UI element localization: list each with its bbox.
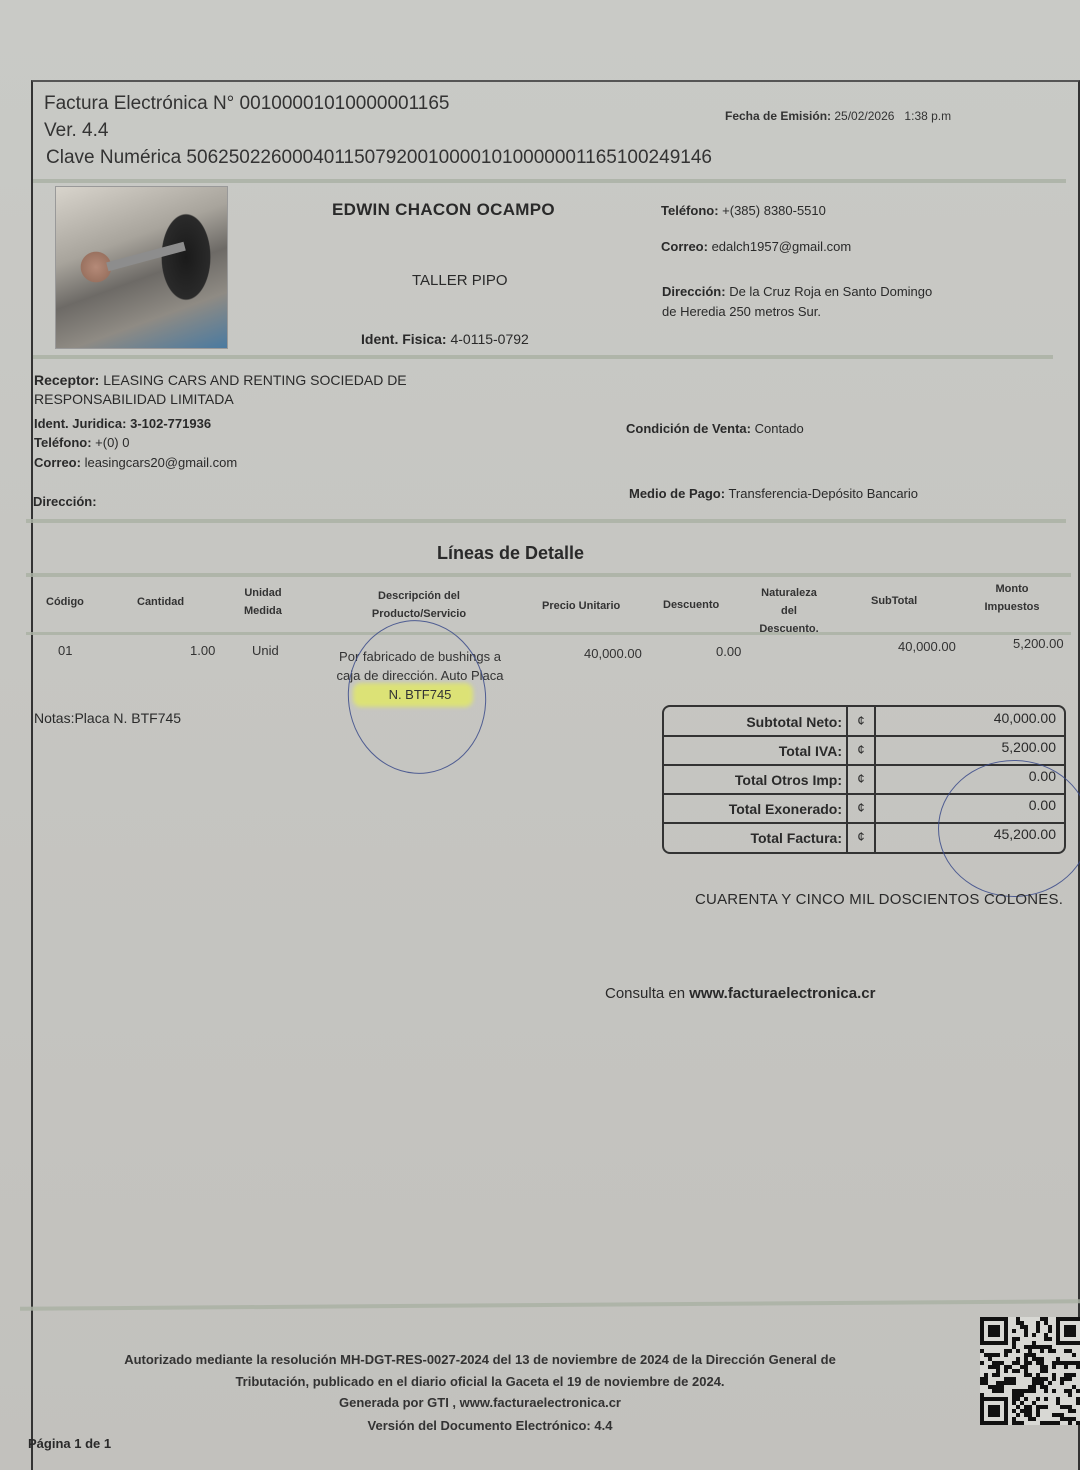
receptor-phone-value: +(0) 0: [95, 435, 129, 450]
condicion-value: Contado: [755, 421, 804, 436]
invoice-title: Factura Electrónica N° 00100001010000001…: [44, 93, 450, 115]
footer-legal-line1: Autorizado mediante la resolución MH-DGT…: [40, 1352, 920, 1367]
receptor-label: Receptor:: [34, 372, 99, 388]
emisor-ident: Ident. Fisica: 4-0115-0792: [361, 331, 529, 347]
col-naturaleza: Naturaleza del Descuento.: [757, 584, 821, 638]
fecha-emision: Fecha de Emisión: 25/02/2026 1:38 p.m: [725, 109, 951, 123]
total-label: Subtotal Neto:: [664, 714, 842, 730]
receptor-email-label: Correo:: [34, 455, 81, 470]
col-descripcion-l2: Producto/Servicio: [372, 608, 466, 620]
emisor-business: TALLER PIPO: [412, 272, 508, 289]
col-precio: Precio Unitario: [542, 597, 620, 615]
col-unidad-l1: Unidad: [244, 587, 281, 599]
separator: [33, 355, 1053, 359]
receptor-phone: Teléfono: +(0) 0: [34, 435, 129, 450]
emisor-email-label: Correo:: [661, 239, 708, 254]
condicion-venta: Condición de Venta: Contado: [626, 421, 804, 436]
invoice-paper: Factura Electrónica N° 00100001010000001…: [0, 0, 1080, 1470]
page-number: Página 1 de 1: [28, 1436, 111, 1451]
medio-value: Transferencia-Depósito Bancario: [728, 486, 918, 501]
col-codigo: Código: [46, 593, 84, 611]
receptor-ident-label: Ident. Juridica:: [34, 416, 126, 431]
footer-generated-by: Generada por GTI , www.facturaelectronic…: [40, 1395, 920, 1410]
emisor-phone-value: +(385) 8380-5510: [722, 203, 826, 218]
emisor-address-line1: De la Cruz Roja en Santo Domingo: [729, 284, 932, 299]
cell-codigo: 01: [58, 643, 72, 658]
colon-currency-icon: ¢: [846, 823, 876, 854]
emisor-ident-label: Ident. Fisica:: [361, 331, 447, 347]
col-naturaleza-l2: del: [781, 605, 797, 617]
receptor-name-line2: RESPONSABILIDAD LIMITADA: [34, 391, 234, 407]
receptor-email: Correo: leasingcars20@gmail.com: [34, 455, 237, 470]
cell-descuento: 0.00: [716, 644, 741, 659]
fecha-label: Fecha de Emisión:: [725, 109, 831, 123]
notas: Notas:Placa N. BTF745: [34, 710, 181, 726]
medio-pago: Medio de Pago: Transferencia-Depósito Ba…: [629, 486, 918, 501]
footer-version: Versión del Documento Electrónico: 4.4: [40, 1418, 940, 1433]
total-label: Total Otros Imp:: [664, 772, 842, 788]
col-cantidad: Cantidad: [137, 593, 184, 611]
emisor-address-label: Dirección:: [662, 284, 726, 299]
total-value: 40,000.00: [994, 710, 1056, 726]
cell-cantidad: 1.00: [190, 643, 215, 658]
col-monto-impuestos: Monto Impuestos: [982, 580, 1042, 616]
emisor-ident-value: 4-0115-0792: [450, 331, 528, 347]
total-label: Total IVA:: [664, 743, 842, 759]
receptor-phone-label: Teléfono:: [34, 435, 92, 450]
detail-title: Líneas de Detalle: [437, 543, 584, 564]
consulta-link[interactable]: www.facturaelectronica.cr: [689, 985, 875, 1002]
emisor-name: EDWIN CHACON OCAMPO: [332, 200, 555, 220]
medio-label: Medio de Pago:: [629, 486, 725, 501]
separator: [26, 632, 1071, 635]
amount-in-words: CUARENTA Y CINCO MIL DOSCIENTOS COLONES.: [695, 891, 1063, 908]
lathe-workshop-photo-icon: [55, 186, 228, 349]
total-value: 5,200.00: [1002, 739, 1057, 755]
separator: [33, 179, 1066, 183]
col-descuento: Descuento: [663, 596, 719, 614]
clave-numerica: Clave Numérica 5062502260004011507920010…: [46, 147, 712, 169]
consulta-text: Consulta en www.facturaelectronica.cr: [605, 985, 875, 1002]
consulta-prefix: Consulta en: [605, 985, 689, 1002]
receptor-address-label: Dirección:: [33, 494, 97, 509]
pen-circle-mark: [938, 760, 1080, 897]
receptor-ident: Ident. Juridica: 3-102-771936: [34, 416, 211, 431]
emisor-phone: Teléfono: +(385) 8380-5510: [661, 203, 826, 218]
receptor-email-value: leasingcars20@gmail.com: [85, 455, 238, 470]
cell-precio: 40,000.00: [584, 646, 642, 661]
col-descripcion: Descripción del Producto/Servicio: [366, 587, 472, 623]
col-descripcion-l1: Descripción del: [378, 590, 460, 602]
col-naturaleza-l1: Naturaleza: [761, 587, 817, 599]
receptor-name-line1: LEASING CARS AND RENTING SOCIEDAD DE: [103, 372, 406, 388]
separator: [26, 519, 1066, 523]
qr-code-icon: [980, 1316, 1080, 1426]
total-label: Total Exonerado:: [664, 801, 842, 817]
footer-legal-line2: Tributación, publicado en el diario ofic…: [40, 1374, 920, 1389]
condicion-label: Condición de Venta:: [626, 421, 751, 436]
cell-unidad: Unid: [252, 643, 279, 658]
receptor-name: Receptor: LEASING CARS AND RENTING SOCIE…: [34, 371, 407, 409]
total-label: Total Factura:: [664, 830, 842, 846]
invoice-version: Ver. 4.4: [44, 120, 108, 142]
col-unidad: Unidad Medida: [244, 584, 282, 620]
col-subtotal: SubTotal: [871, 592, 917, 610]
emisor-address-line2: de Heredia 250 metros Sur.: [662, 304, 821, 319]
emisor-phone-label: Teléfono:: [661, 203, 719, 218]
col-unidad-l2: Medida: [244, 605, 282, 617]
cell-impuestos: 5,200.00: [1013, 636, 1064, 651]
total-row-subtotal-neto: Subtotal Neto: ¢ 40,000.00: [664, 707, 1064, 737]
cell-subtotal: 40,000.00: [898, 639, 956, 654]
col-monto-l2: Impuestos: [984, 601, 1039, 613]
separator: [26, 573, 1071, 577]
fecha-value: 25/02/2026 1:38 p.m: [834, 109, 951, 123]
receptor-ident-value: 3-102-771936: [130, 416, 211, 431]
emisor-email-value: edalch1957@gmail.com: [712, 239, 852, 254]
emisor-email: Correo: edalch1957@gmail.com: [661, 239, 851, 254]
col-monto-l1: Monto: [996, 583, 1029, 595]
emisor-address: Dirección: De la Cruz Roja en Santo Domi…: [662, 282, 932, 322]
